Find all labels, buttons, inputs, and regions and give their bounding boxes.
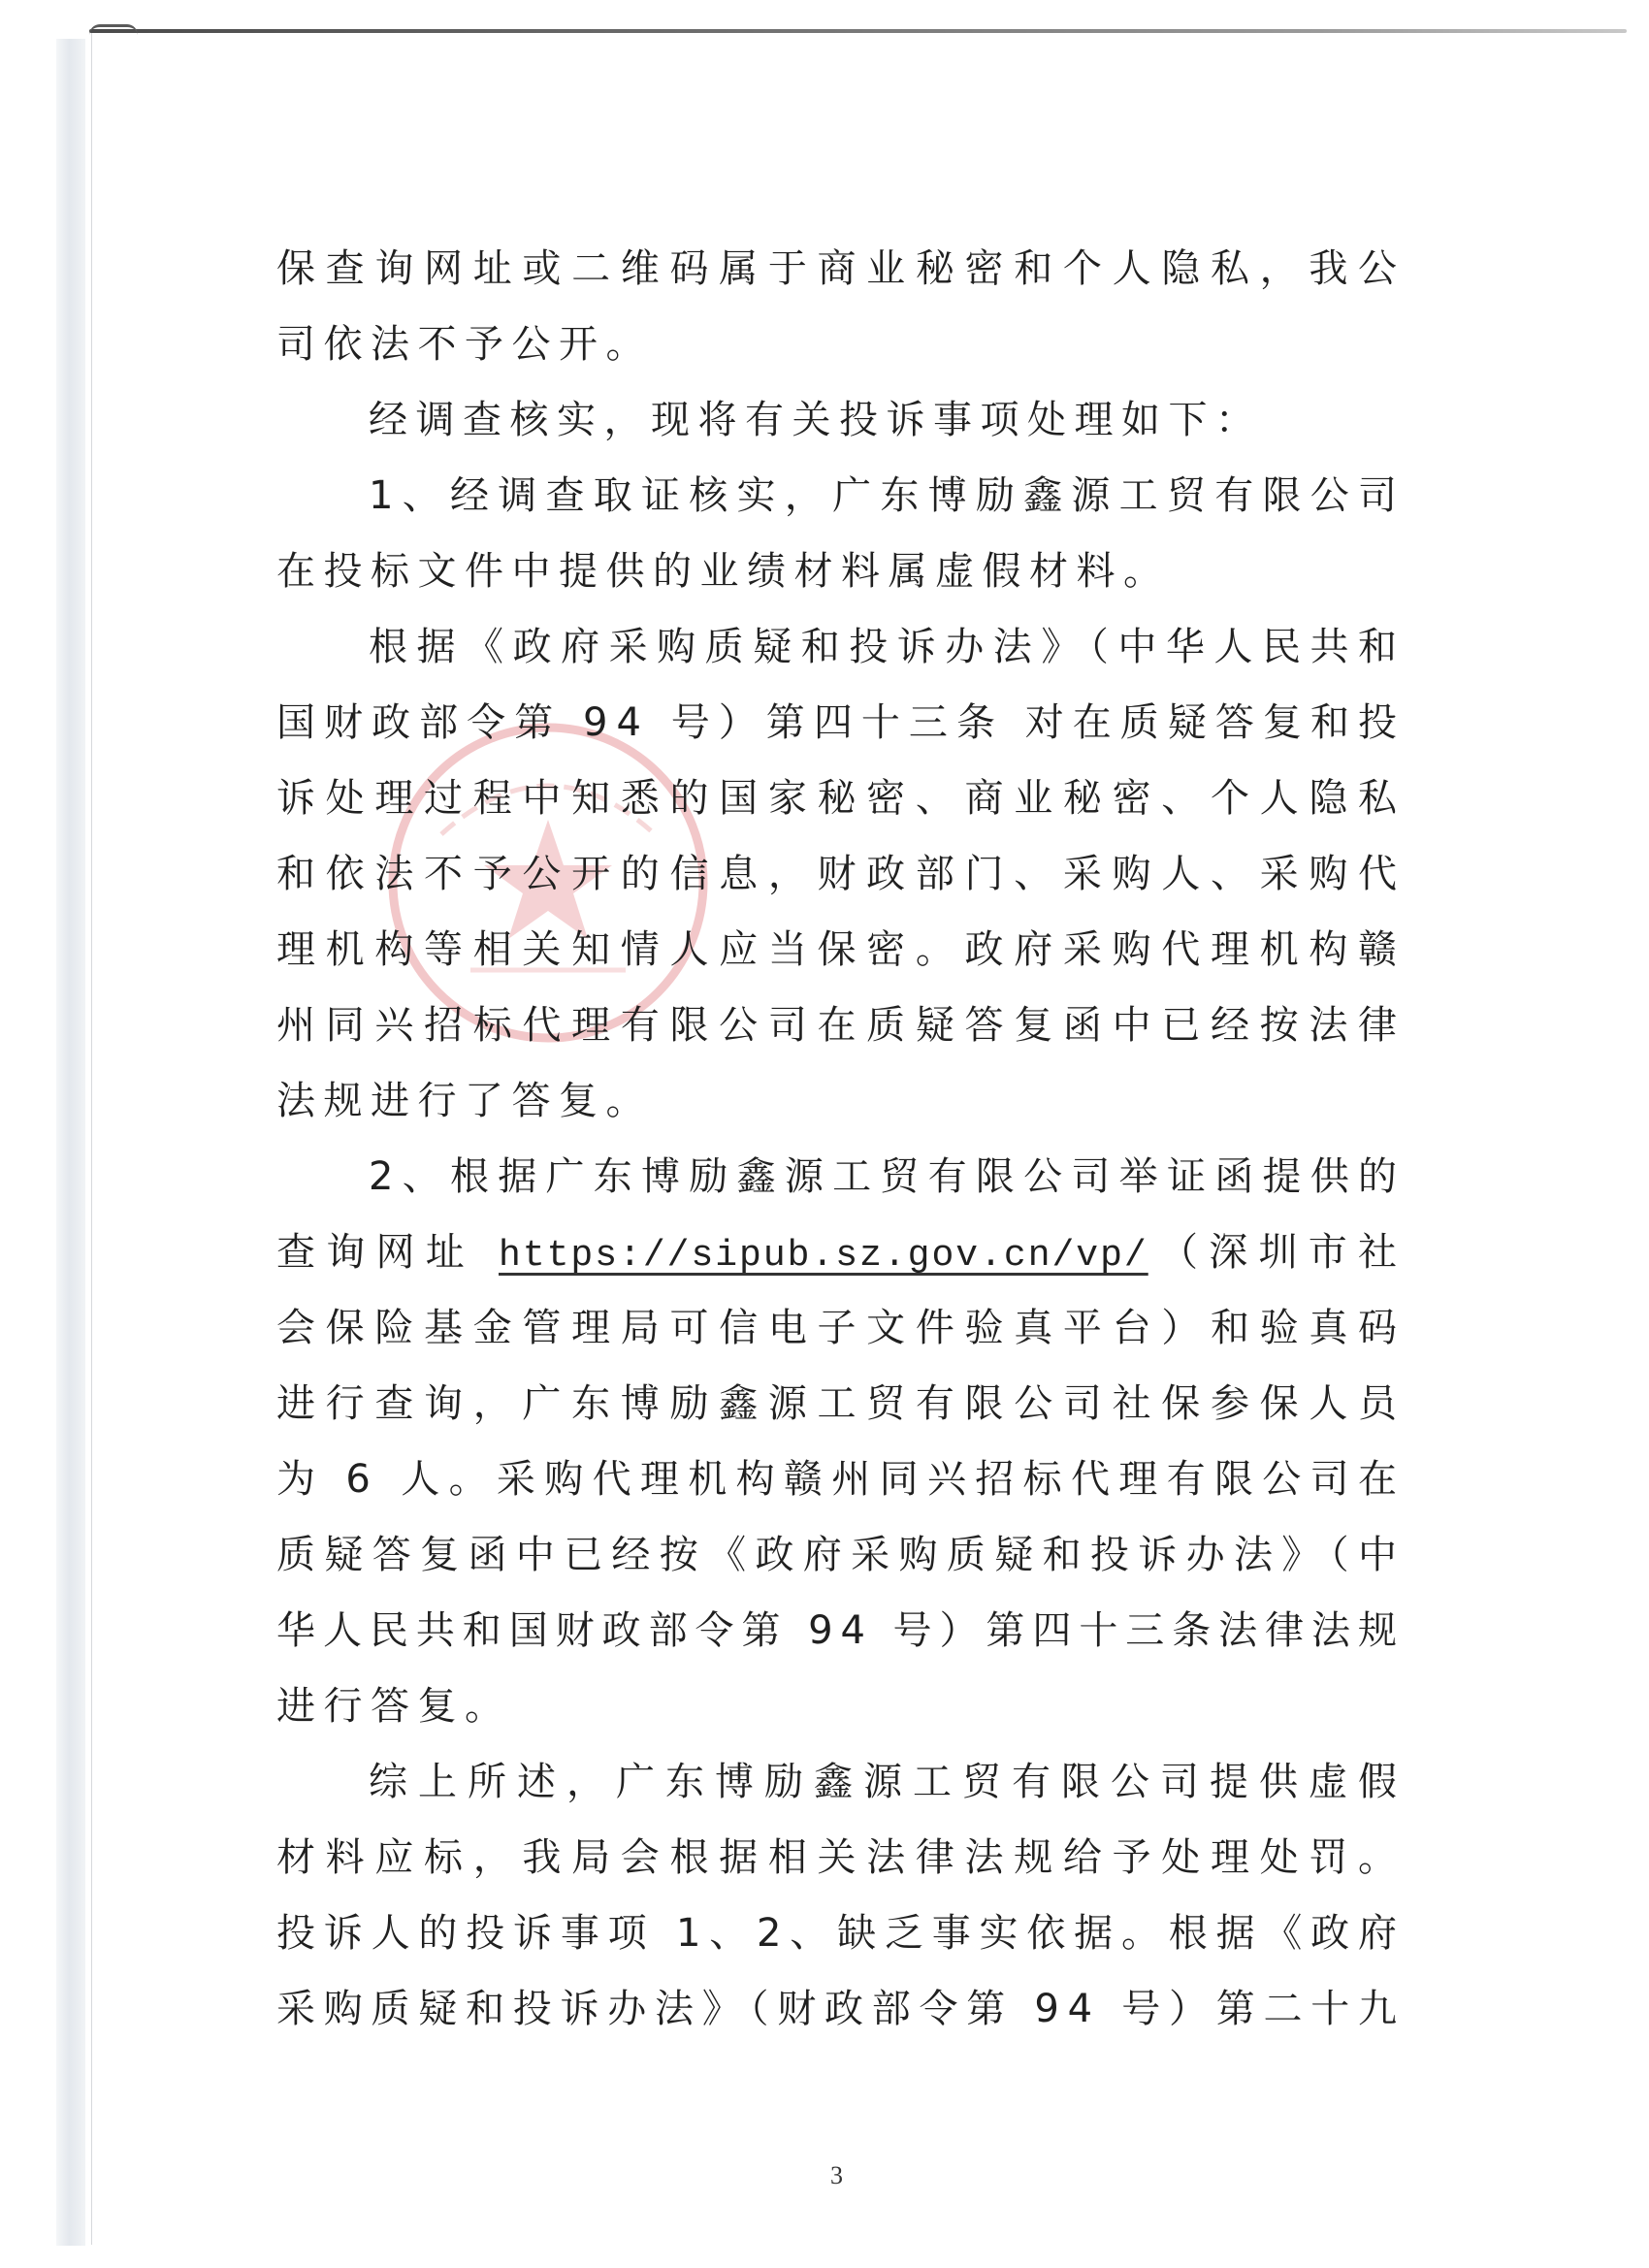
- paragraph-line: 法规进行了答复。: [276, 1074, 1397, 1128]
- paragraph-line: 理机构等相关知情人应当保密。政府采购代理机构赣: [276, 923, 1397, 977]
- paragraph-line: 国财政部令第 94 号）第四十三条 对在质疑答复和投: [276, 696, 1397, 750]
- paragraph-line: 在投标文件中提供的业绩材料属虚假材料。: [276, 544, 1397, 599]
- scan-edge-line: [91, 33, 92, 2245]
- paragraph-line: 2、根据广东博励鑫源工贸有限公司举证函提供的: [369, 1150, 1397, 1204]
- verification-url-link[interactable]: https://sipub.sz.gov.cn/vp/: [499, 1235, 1148, 1277]
- paragraph-line: 进行查询，广东博励鑫源工贸有限公司社保参保人员: [276, 1377, 1397, 1431]
- paragraph-line: 和依法不予公开的信息，财政部门、采购人、采购代: [276, 847, 1397, 901]
- paragraph-line: 华人民共和国财政部令第 94 号）第四十三条法律法规: [276, 1604, 1397, 1658]
- paragraph-line: 查询网址 https://sipub.sz.gov.cn/vp/（深圳市社: [276, 1225, 1397, 1280]
- paragraph-line: 综上所述，广东博励鑫源工贸有限公司提供虚假: [369, 1755, 1397, 1809]
- paragraph-line: 投诉人的投诉事项 1、2、缺乏事实依据。根据《政府: [276, 1906, 1397, 1960]
- paragraph-line: 质疑答复函中已经按《政府采购质疑和投诉办法》（中: [276, 1528, 1397, 1582]
- paragraph-line: 为 6 人。采购代理机构赣州同兴招标代理有限公司在: [276, 1452, 1397, 1507]
- paragraph-line: 司依法不予公开。: [276, 317, 1397, 372]
- paragraph-line: 诉处理过程中知悉的国家秘密、商业秘密、个人隐私: [276, 771, 1397, 826]
- page-number: 3: [830, 2161, 843, 2190]
- paragraph-line: 进行答复。: [276, 1679, 1397, 1733]
- scan-page-curl: [89, 24, 138, 35]
- paragraph-line: 采购质疑和投诉办法》（财政部令第 94 号）第二十九: [276, 1982, 1397, 2036]
- paragraph-line: 1、经调查取证核实，广东博励鑫源工贸有限公司: [369, 469, 1397, 523]
- paragraph-line: 根据《政府采购质疑和投诉办法》（中华人民共和: [369, 620, 1397, 674]
- paragraph-line: 经调查核实，现将有关投诉事项处理如下：: [369, 393, 1397, 447]
- scan-shadow-strip: [56, 39, 85, 2246]
- paragraph-line: 会保险基金管理局可信电子文件验真平台）和验真码: [276, 1301, 1397, 1355]
- line-text-after-url: （深圳市社: [1148, 1230, 1397, 1275]
- paragraph-line: 保查询网址或二维码属于商业秘密和个人隐私，我公: [276, 242, 1397, 296]
- scan-top-edge: [89, 29, 1627, 33]
- line-text-before-url: 查询网址: [276, 1230, 499, 1275]
- paragraph-line: 州同兴招标代理有限公司在质疑答复函中已经按法律: [276, 998, 1397, 1053]
- paragraph-line: 材料应标，我局会根据相关法律法规给予处理处罚。: [276, 1831, 1397, 1885]
